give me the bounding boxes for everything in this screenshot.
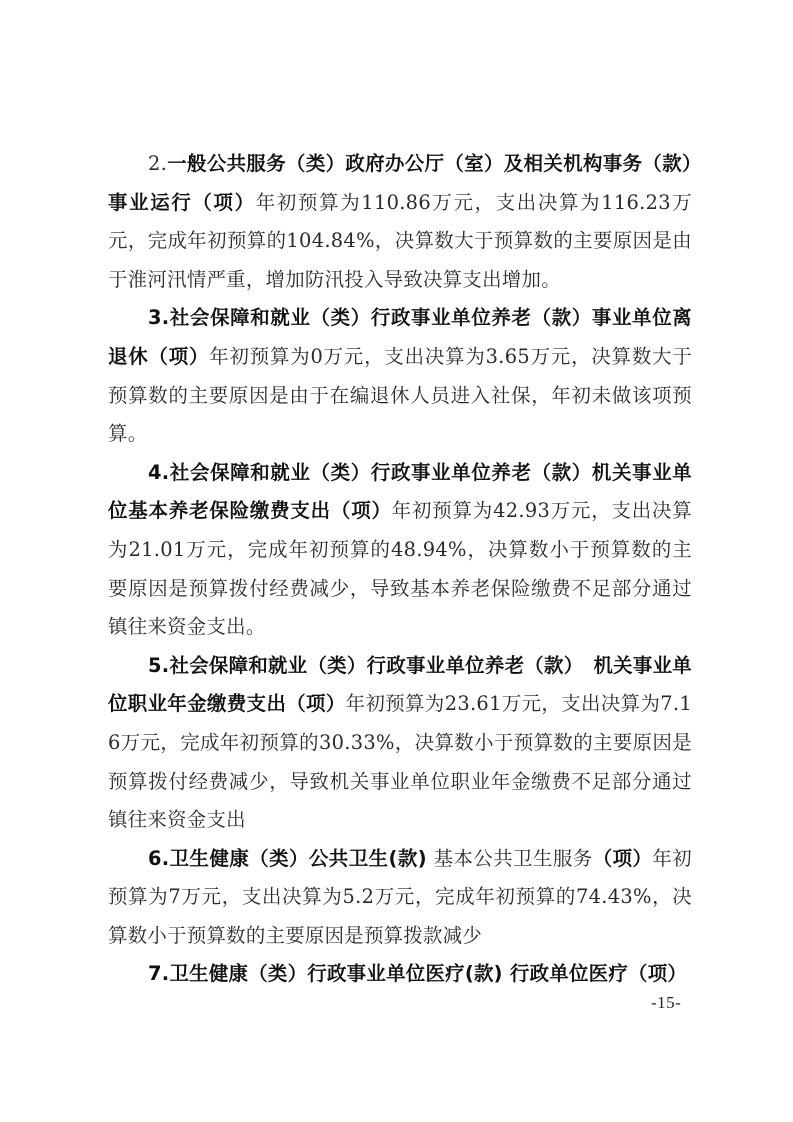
item-number: 5. — [148, 654, 169, 677]
item-number: 6. — [148, 847, 169, 870]
paragraph-item-4: 4.社会保障和就业（类）行政事业单位养老（款）机关事业单位基本养老保险缴费支出（… — [108, 454, 692, 647]
document-page: 2.一般公共服务（类）政府办公厅（室）及相关机构事务（款）事业运行（项）年初预算… — [108, 145, 692, 994]
item-heading-tail: （项） — [593, 847, 653, 870]
paragraph-item-5: 5.社会保障和就业（类）行政事业单位养老（款） 机关事业单位职业年金缴费支出（项… — [108, 647, 692, 840]
item-number: 7. — [148, 962, 169, 985]
page-number: -15- — [651, 993, 681, 1013]
item-number: 3. — [148, 306, 169, 329]
item-heading: 卫生健康（类）行政事业单位医疗(款) 行政单位医疗（项） — [169, 962, 687, 985]
paragraph-item-3: 3.社会保障和就业（类）行政事业单位养老（款）事业单位离退休（项）年初预算为0万… — [108, 299, 692, 453]
paragraph-item-7: 7.卫生健康（类）行政事业单位医疗(款) 行政单位医疗（项） — [108, 955, 692, 994]
item-heading: 卫生健康（类）公共卫生(款) — [169, 847, 426, 870]
item-number: 4. — [148, 461, 169, 484]
item-heading-plain: 基本公共卫生服务 — [427, 847, 593, 870]
paragraph-item-2: 2.一般公共服务（类）政府办公厅（室）及相关机构事务（款）事业运行（项）年初预算… — [108, 145, 692, 299]
item-number: 2. — [148, 152, 167, 175]
paragraph-item-6: 6.卫生健康（类）公共卫生(款) 基本公共卫生服务（项）年初预算为7万元，支出决… — [108, 840, 692, 956]
